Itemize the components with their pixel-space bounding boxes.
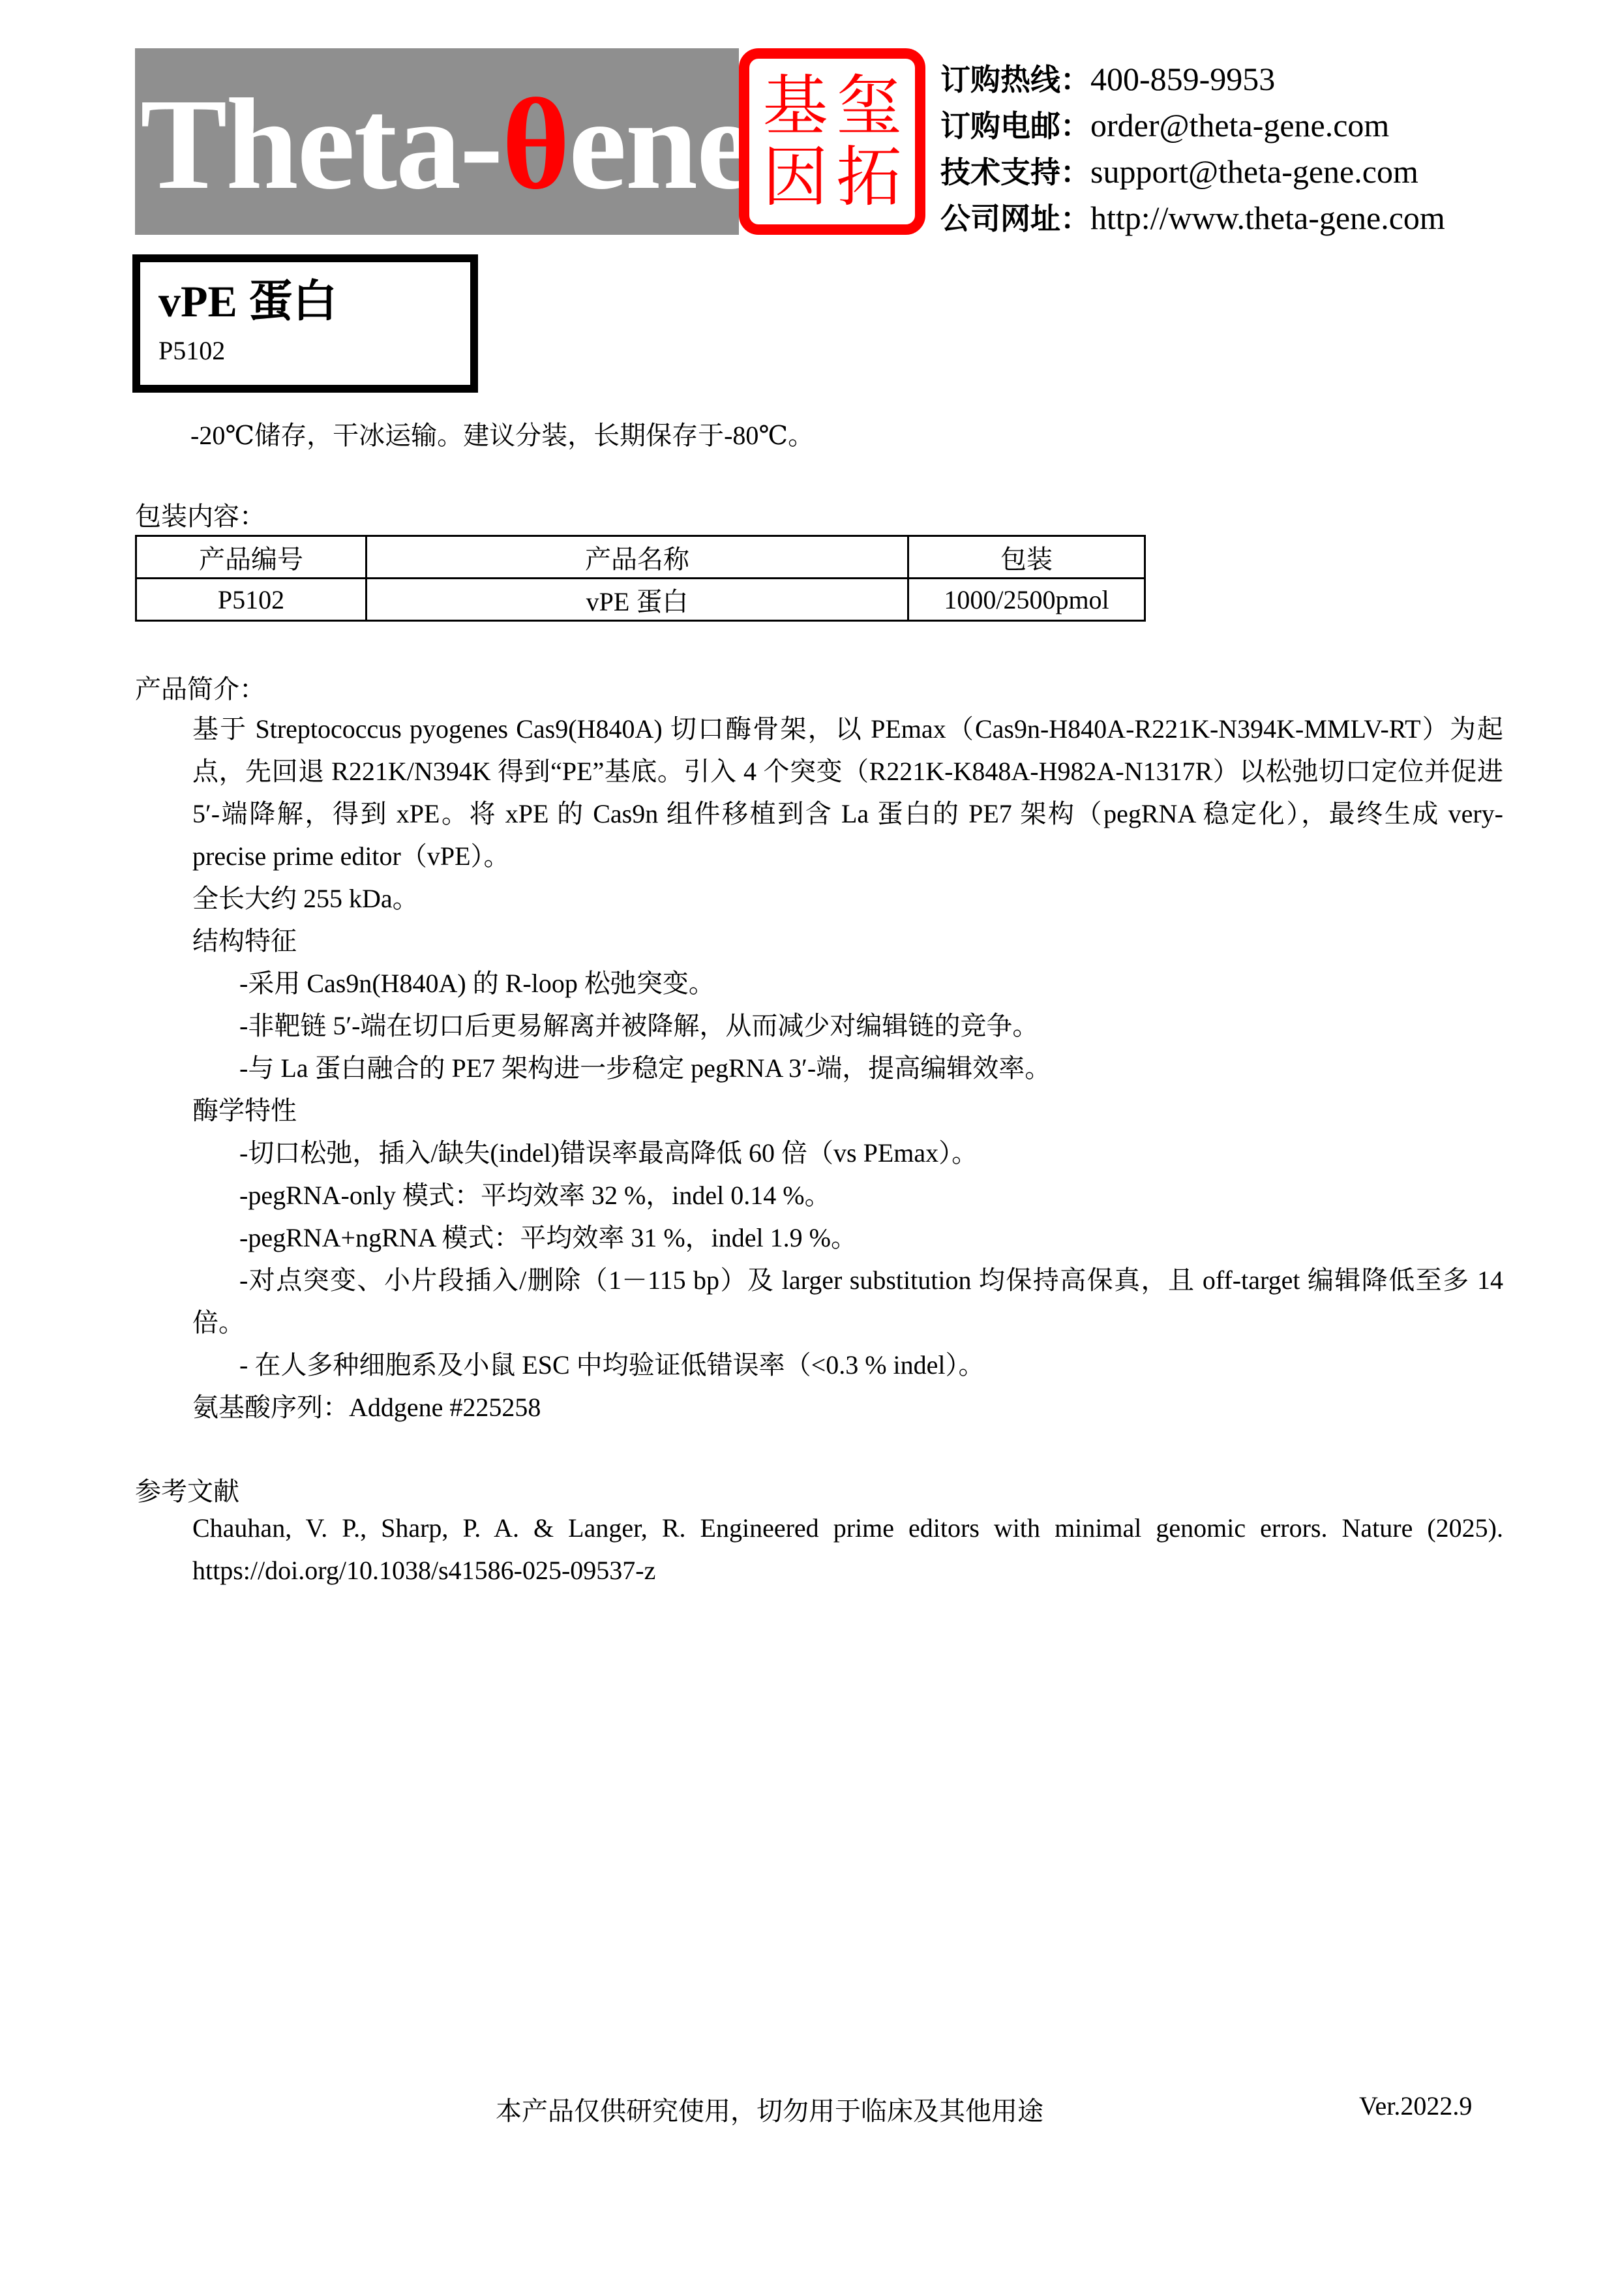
enzyme-item: - 在人多种细胞系及小鼠 ESC 中均验证低错误率（<0.3 % indel）。 <box>192 1344 1503 1386</box>
column-header: 产品名称 <box>367 536 908 579</box>
contact-label: 技术支持： <box>940 155 1090 190</box>
contact-order-email[interactable]: 订购电邮：order@theta-gene.com <box>940 102 1445 149</box>
contact-label: 订购热线： <box>940 62 1090 97</box>
seal-char: 玺 <box>832 70 906 142</box>
enzyme-item: -对点突变、小片段插入/删除（1－115 bp）及 larger substit… <box>192 1259 1503 1344</box>
contact-label: 订购电邮： <box>940 108 1090 143</box>
table-cell: 1000/2500pmol <box>908 579 1145 621</box>
theta-icon: θ <box>502 72 569 217</box>
reference-citation: Chauhan, V. P., Sharp, P. A. & Langer, R… <box>192 1507 1503 1592</box>
package-section-label: 包装内容： <box>135 496 265 533</box>
company-seal-logo: 基 玺 因 拓 <box>739 48 925 235</box>
amino-acid-sequence: 氨基酸序列：Addgene #225258 <box>192 1386 1503 1428</box>
contact-website[interactable]: 公司网址：http://www.theta-gene.com <box>940 195 1445 241</box>
footer-version: Ver.2022.9 <box>1359 2091 1472 2121</box>
table-cell: vPE 蛋白 <box>367 579 908 621</box>
logo-banner: Theta-θene <box>135 48 739 235</box>
contact-value: 400-859-9953 <box>1090 61 1275 97</box>
intro-summary: 基于 Streptococcus pyogenes Cas9(H840A) 切口… <box>192 708 1503 877</box>
seal-char: 基 <box>758 70 832 142</box>
logo-suffix: ene <box>569 72 753 217</box>
structure-item: -非靶链 5′-端在切口后更易解离并被降解，从而减少对编辑链的竞争。 <box>192 1004 1503 1047</box>
enzyme-item: -切口松弛，插入/缺失(indel)错误率最高降低 60 倍（vs PEmax）… <box>192 1132 1503 1174</box>
contact-info: 订购热线：400-859-9953 订购电邮：order@theta-gene.… <box>940 56 1445 241</box>
structure-item: -与 La 蛋白融合的 PE7 架构进一步稳定 pegRNA 3′-端，提高编辑… <box>192 1047 1503 1089</box>
structure-label: 结构特征 <box>192 920 1503 962</box>
intro-body: 基于 Streptococcus pyogenes Cas9(H840A) 切口… <box>192 708 1503 1428</box>
logo-wordmark: Theta-θene <box>140 80 753 210</box>
footer-disclaimer: 本产品仅供研究使用，切勿用于临床及其他用途 <box>496 2091 1043 2128</box>
enzyme-item: -pegRNA+ngRNA 模式：平均效率 31 %，indel 1.9 %。 <box>192 1216 1503 1259</box>
table-cell: P5102 <box>136 579 367 621</box>
column-header: 产品编号 <box>136 536 367 579</box>
contact-value[interactable]: order@theta-gene.com <box>1090 107 1389 143</box>
contact-value[interactable]: http://www.theta-gene.com <box>1090 200 1445 236</box>
reference-text[interactable]: Chauhan, V. P., Sharp, P. A. & Langer, R… <box>192 1507 1503 1592</box>
package-table: 产品编号 产品名称 包装 P5102 vPE 蛋白 1000/2500pmol <box>135 535 1146 622</box>
enzyme-item: -pegRNA-only 模式：平均效率 32 %，indel 0.14 %。 <box>192 1174 1503 1216</box>
intro-size: 全长大约 255 kDa。 <box>192 877 1503 920</box>
product-title-box: vPE 蛋白 P5102 <box>132 254 478 393</box>
seal-char: 拓 <box>832 142 906 213</box>
storage-instructions: -20℃储存，干冰运输。建议分装，长期保存于-80℃。 <box>190 415 814 452</box>
product-catalog-number: P5102 <box>158 333 452 369</box>
structure-item: -采用 Cas9n(H840A) 的 R-loop 松弛突变。 <box>192 962 1503 1004</box>
contact-label: 公司网址： <box>940 201 1090 236</box>
seal-char: 因 <box>758 142 832 213</box>
contact-value[interactable]: support@theta-gene.com <box>1090 153 1418 190</box>
references-label: 参考文献 <box>135 1471 239 1508</box>
contact-support-email[interactable]: 技术支持：support@theta-gene.com <box>940 149 1445 195</box>
contact-hotline: 订购热线：400-859-9953 <box>940 56 1445 102</box>
table-header-row: 产品编号 产品名称 包装 <box>136 536 1145 579</box>
product-name: vPE 蛋白 <box>158 275 452 327</box>
enzyme-label: 酶学特性 <box>192 1089 1503 1132</box>
intro-section-label: 产品简介： <box>135 669 265 706</box>
logo-prefix: Theta- <box>140 72 502 217</box>
table-row: P5102 vPE 蛋白 1000/2500pmol <box>136 579 1145 621</box>
column-header: 包装 <box>908 536 1145 579</box>
